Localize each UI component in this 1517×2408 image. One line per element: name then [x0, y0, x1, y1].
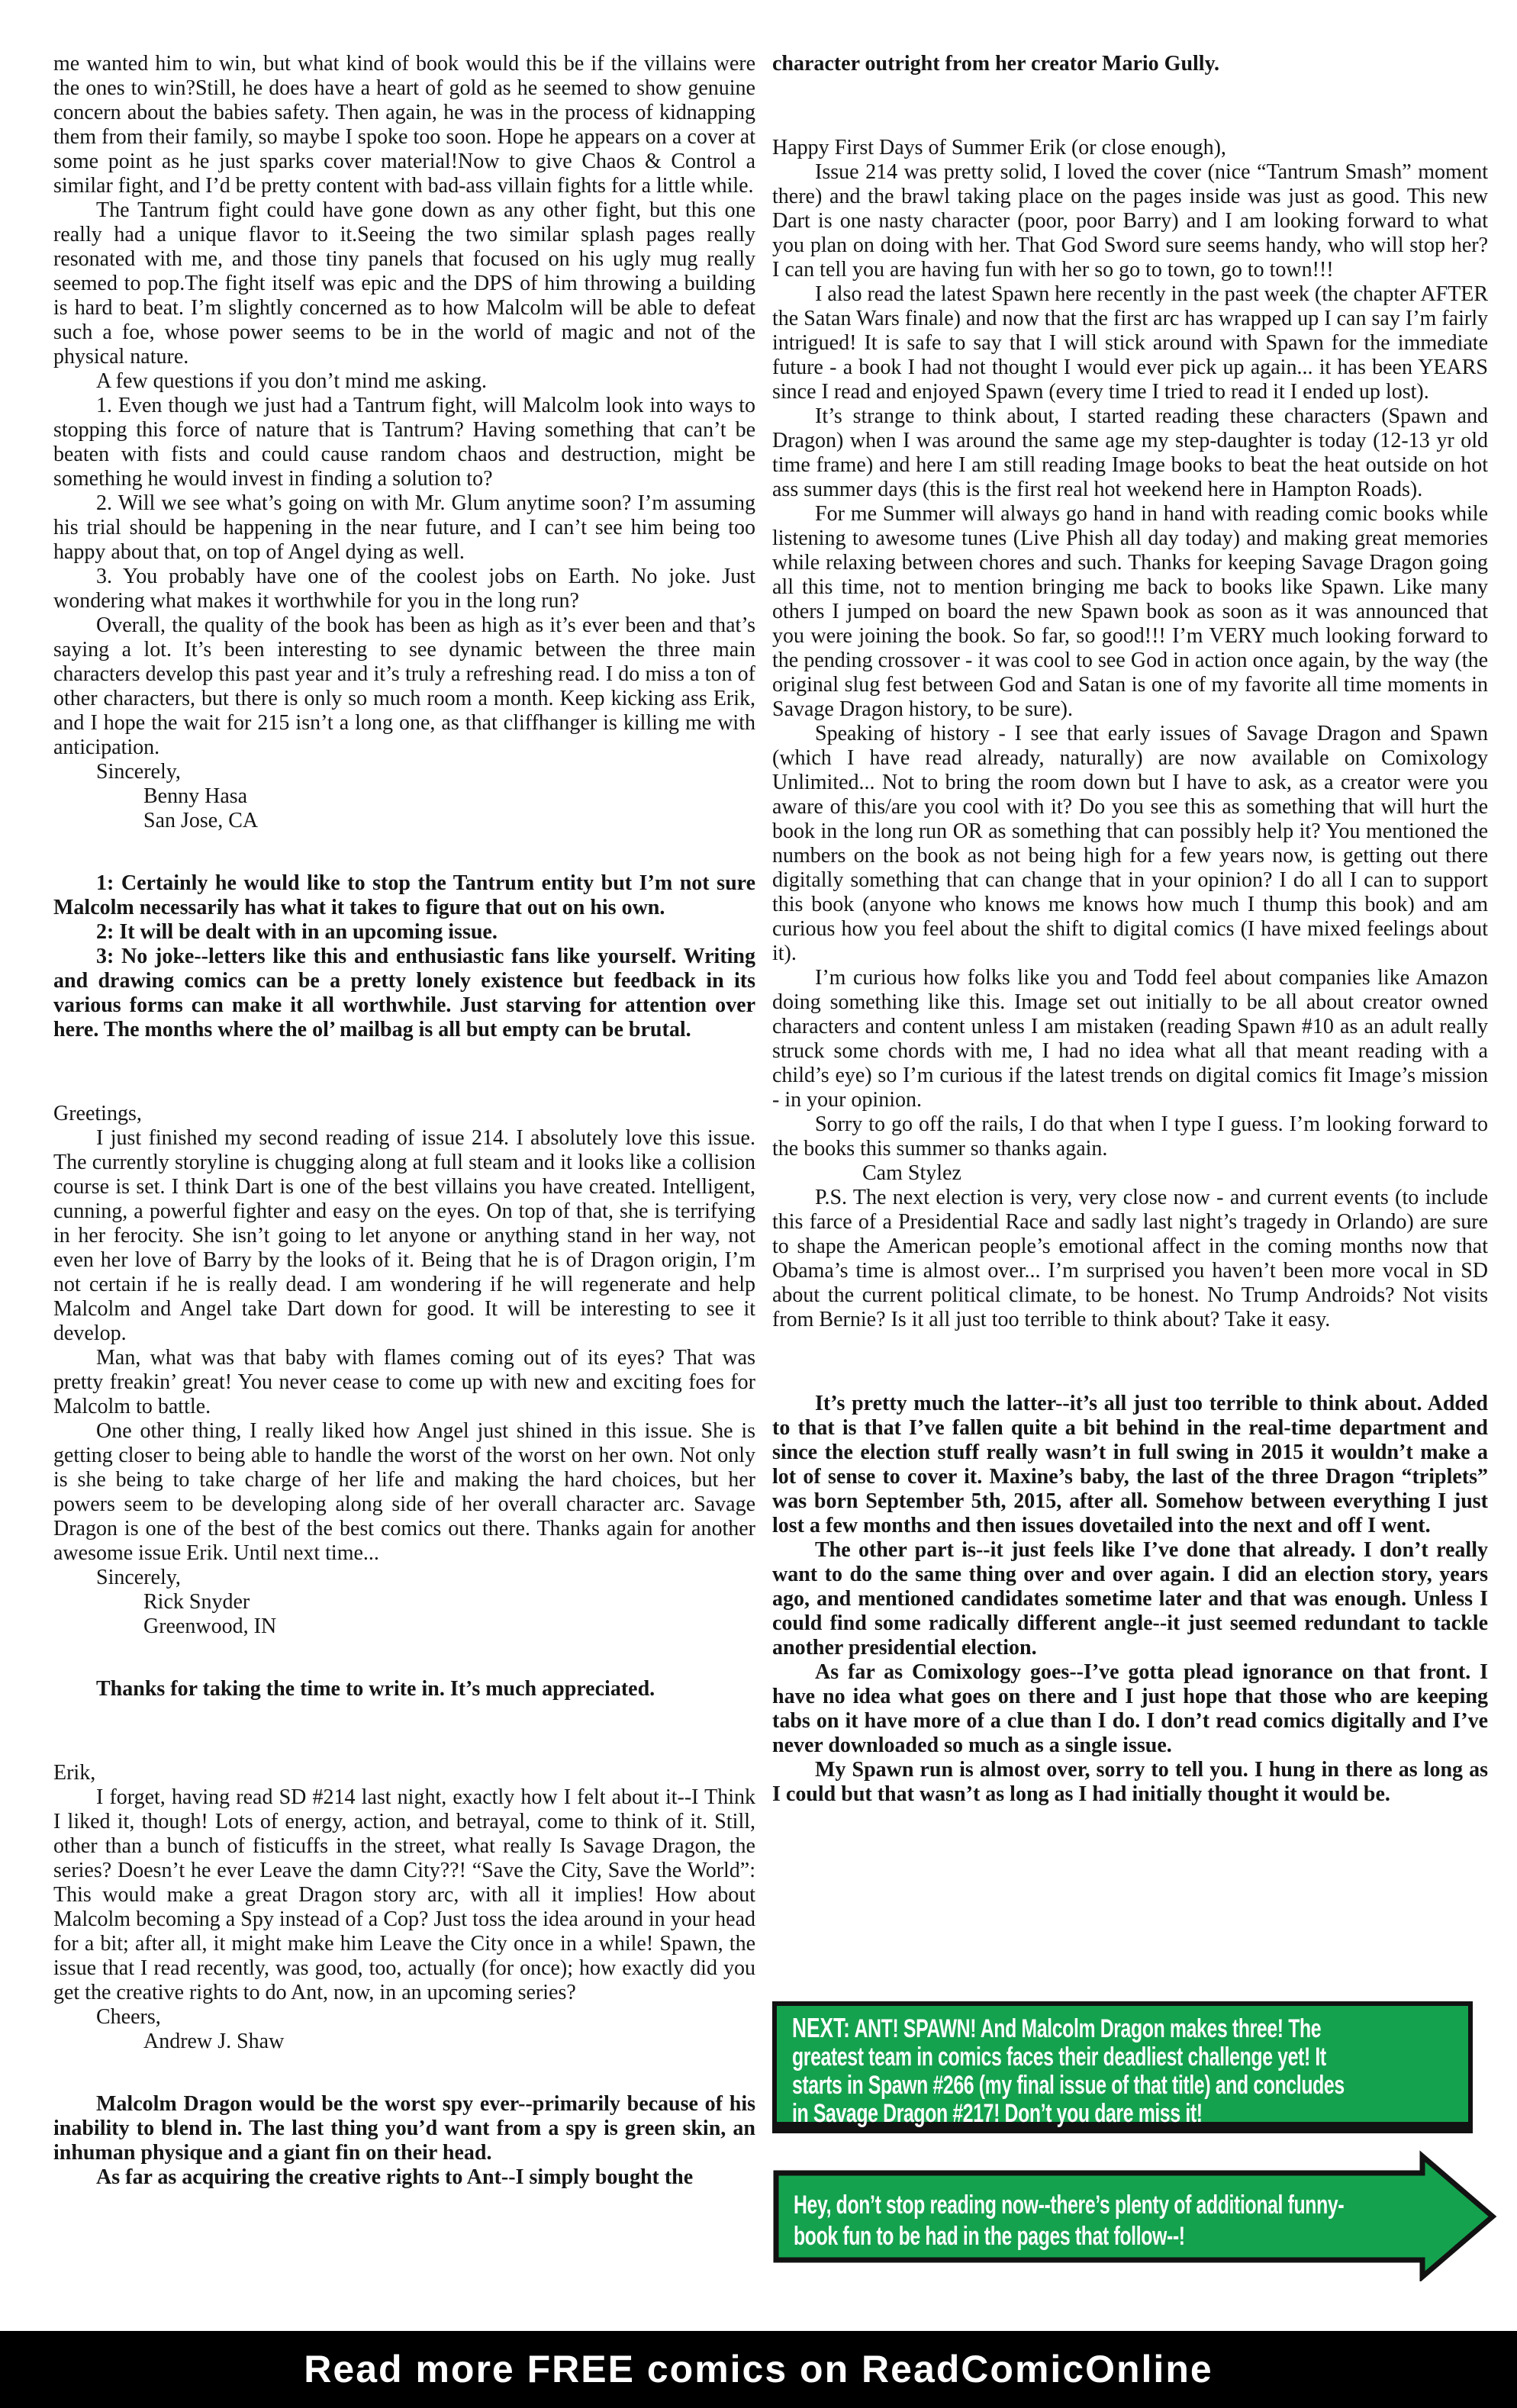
paragraph: P.S. The next election is very, very clo…	[772, 1186, 1488, 1332]
next-issue-box: NEXT: ANT! SPAWN! And Malcolm Dragon mak…	[772, 2001, 1473, 2126]
paragraph: 1. Even though we just had a Tantrum fig…	[53, 394, 755, 491]
paragraph: A few questions if you don’t mind me ask…	[53, 369, 755, 394]
next-box-line: NEXT: ANT! SPAWN! And Malcolm Dragon mak…	[792, 2014, 1468, 2043]
paragraph: Cam Stylez	[772, 1161, 1488, 1186]
next-box-line: in Savage Dragon #217! Don’t you dare mi…	[792, 2100, 1468, 2128]
paragraph: Sincerely,	[53, 760, 755, 784]
arrow-banner-line: Hey, don’t stop reading now--there’s ple…	[794, 2190, 1517, 2221]
paragraph: It’s pretty much the latter--it’s all ju…	[772, 1392, 1488, 1538]
paragraph: The Tantrum fight could have gone down a…	[53, 198, 755, 369]
footer-text: Read more FREE comics on ReadComicOnline	[304, 2331, 1213, 2408]
paragraph: It’s strange to think about, I started r…	[772, 404, 1488, 502]
paragraph: 2. Will we see what’s going on with Mr. …	[53, 491, 755, 565]
paragraph: 1: Certainly he would like to stop the T…	[53, 871, 755, 920]
paragraph: For me Summer will always go hand in han…	[772, 502, 1488, 722]
next-box-line-text: ANT! SPAWN! And Malcolm Dragon makes thr…	[855, 2014, 1322, 2043]
paragraph: Greetings,	[53, 1102, 755, 1126]
paragraph: I’m curious how folks like you and Todd …	[772, 966, 1488, 1112]
paragraph: me wanted him to win, but what kind of b…	[53, 52, 755, 198]
paragraph: I forget, having read SD #214 last night…	[53, 1785, 755, 2005]
paragraph: I just finished my second reading of iss…	[53, 1126, 755, 1346]
paragraph: Greenwood, IN	[53, 1614, 755, 1639]
paragraph: The other part is--it just feels like I’…	[772, 1538, 1488, 1660]
letters-page: me wanted him to win, but what kind of b…	[0, 0, 1517, 2408]
next-box-line: greatest team in comics faces their dead…	[792, 2043, 1468, 2072]
left-column: me wanted him to win, but what kind of b…	[53, 52, 755, 2190]
next-label: NEXT:	[792, 2012, 850, 2043]
paragraph: 3. You probably have one of the coolest …	[53, 565, 755, 613]
paragraph: Rick Snyder	[53, 1590, 755, 1614]
right-column: character outright from her creator Mari…	[772, 52, 1488, 1807]
paragraph: One other thing, I really liked how Ange…	[53, 1419, 755, 1566]
paragraph: 3: No joke--letters like this and enthus…	[53, 945, 755, 1042]
paragraph: I also read the latest Spawn here recent…	[772, 282, 1488, 404]
paragraph: Malcolm Dragon would be the worst spy ev…	[53, 2092, 755, 2165]
paragraph: Sincerely,	[53, 1566, 755, 1590]
continue-arrow-banner: Hey, don’t stop reading now--there’s ple…	[772, 2150, 1497, 2281]
paragraph: My Spawn run is almost over, sorry to te…	[772, 1758, 1488, 1807]
paragraph: Sorry to go off the rails, I do that whe…	[772, 1112, 1488, 1161]
footer-bar: Read more FREE comics on ReadComicOnline	[0, 2331, 1517, 2408]
paragraph: San Jose, CA	[53, 809, 755, 833]
next-box-line: starts in Spawn #266 (my final issue of …	[792, 2072, 1468, 2100]
paragraph: Benny Hasa	[53, 784, 755, 809]
paragraph: Erik,	[53, 1761, 755, 1785]
paragraph: Overall, the quality of the book has bee…	[53, 613, 755, 760]
paragraph: Thanks for taking the time to write in. …	[53, 1677, 755, 1701]
paragraph: Andrew J. Shaw	[53, 2030, 755, 2054]
paragraph: Issue 214 was pretty solid, I loved the …	[772, 160, 1488, 282]
paragraph: As far as Comixology goes--I’ve gotta pl…	[772, 1660, 1488, 1758]
arrow-banner-line: book fun to be had in the pages that fol…	[794, 2221, 1517, 2252]
paragraph: Man, what was that baby with flames comi…	[53, 1346, 755, 1419]
paragraph: character outright from her creator Mari…	[772, 52, 1488, 76]
paragraph: As far as acquiring the creative rights …	[53, 2165, 755, 2190]
paragraph: 2: It will be dealt with in an upcoming …	[53, 920, 755, 945]
paragraph: Cheers,	[53, 2005, 755, 2030]
paragraph: Happy First Days of Summer Erik (or clos…	[772, 136, 1488, 160]
paragraph: Speaking of history - I see that early i…	[772, 722, 1488, 966]
